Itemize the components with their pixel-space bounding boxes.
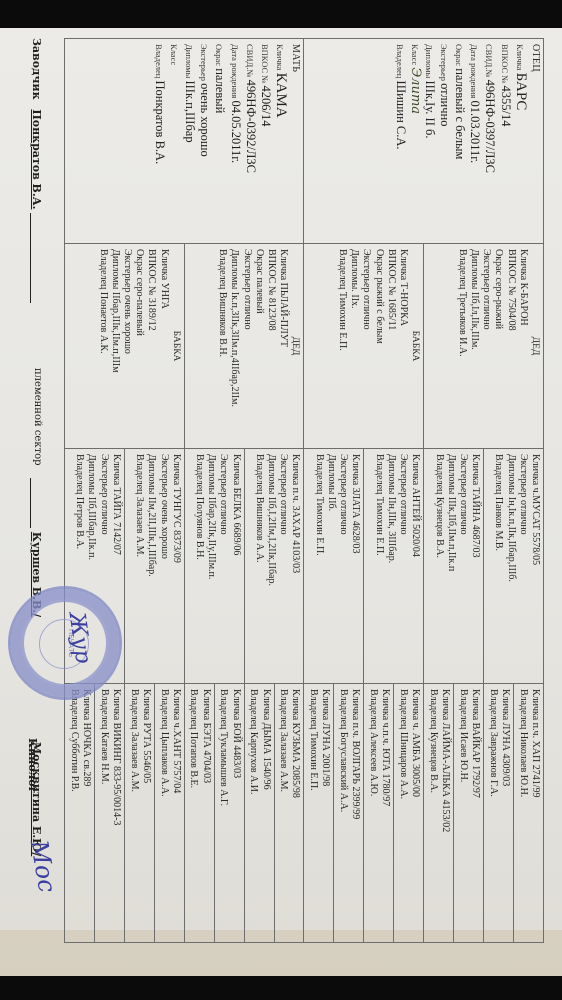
mother-color: Окрас палевый [212,44,227,238]
great-great-grandparent-line: Кличка БОЙ 4483/03 [229,689,241,937]
father-vpkos-value: 4355/14 [499,86,513,127]
father-color: Окрас палевый с белым [452,44,467,238]
grandparent-line: Кличка ПЬЛАЙ-ПЛУТ [277,249,289,443]
great-great-grandparent-line: Кличка НОЧКА св.289 [80,689,92,937]
great-grandparent-line: Кличка п.ч. ЗАХАР 4103/03 [289,454,301,678]
great-grandparent-line: Дипломы IIн,IIIк, 3IIIбар. [385,454,397,678]
great-great-grandparent-line: Владелец Потапов В.Е. [187,689,199,937]
father-vpkos: ВПКОС № 4355/14 [497,44,512,238]
great-great-grandparent-line: Кличка ч. АМБА 3005/00 [409,689,421,937]
mother-owner-value: Понкратов В.А. [153,80,167,164]
great-great-grandparent-line: Кличка БЭТА 4704/03 [199,689,211,937]
great-grandparent-line: Экстерьер очень хорошо [157,454,169,678]
great-grandparent-line: Владелец Кузнецов В.А. [432,454,444,678]
great-grandparent-line: Владелец Тимохин Е.П. [313,454,325,678]
grandparent-line: Владелец Тимохин Е.П. [336,249,348,443]
mother-exterior: Экстерьер очень хорошо [197,44,212,238]
great-great-grandparent-cell: Кличка БЭТА 4704/03Владелец Потапов В.Е. [184,684,214,943]
sector-label: племенной сектор [32,368,43,466]
great-great-grandparent-cell: Кличка п.ч. ХАП 2741/99Владелец Николаев… [514,684,544,943]
great-grandparent-line: Экстерьер отлично [517,454,529,678]
grandparent-line: Окрас серо-палевый [133,249,145,443]
great-great-grandparent-cell: Кличка КУЗЬМА 2085/98Владелец Залазаев А… [274,684,304,943]
breeder-name: Понкратов В.А. [30,109,43,209]
mother-class: Класс [167,44,182,238]
cynologist-label: Кинолог [26,738,39,793]
great-great-grandparent-line: Кличка ДЫМА 1540/96 [259,689,271,937]
great-grandparent-line: Владелец Панков М.В. [492,454,504,678]
great-great-grandparent-line: Владелец Катаев Н.М. [97,689,109,937]
great-great-grandparent-line: Владелец Залазаев А.М. [127,689,139,937]
great-great-grandparent-cell: Кличка РУТА 5546/05Владелец Залазаев А.М… [124,684,154,943]
breeder-line [30,213,43,303]
great-grandparent-cell: Кличка ч.МУСАТ 5578/05Экстерьер отличноД… [484,449,544,684]
great-great-grandparent-cell: Кличка ч. АМБА 3005/00Владелец Шницаров … [394,684,424,943]
cynologist-signature: Кинолог Москвитина Е.Ю/ [30,738,43,856]
great-grandparent-line: Дипломы IIб,I,2IIм,I,2IIк,IIбар. [265,454,277,678]
great-great-grandparent-line: Владелец Тукламышев А.Г. [217,689,229,937]
mother-owner-label: Владелец [154,44,164,80]
grandparent-header: БАБКА [409,249,421,443]
mother-exterior-value: очень хорошо [198,83,212,157]
great-grandparent-line: Дипломы Iн,Iк.п,IIк,IIбар,IIIб. [504,454,516,678]
father-svid-value: 496НФ-0397/ЛЗС [483,80,497,173]
great-great-grandparent-line: Кличка КУЗЬМА 2085/98 [289,689,301,937]
great-grandparent-line: Владелец Залазаев А.М. [133,454,145,678]
father-name-label: Кличка [515,44,525,73]
great-great-grandparent-line: Кличка ЛАЙМА-АЛЬКА 4153/02 [439,689,451,937]
great-great-grandparent-line: Владелец Субботин Р.В. [68,689,80,937]
grandparent-line: Владелец Вишняков В.Н. [216,249,228,443]
great-great-grandparent-cell: Кличка п.ч. ВОЛГАРЬ 2399/99Владелец Богу… [334,684,364,943]
grandparent-line: Экстерьер отлично [360,249,372,443]
great-grandparent-line: Кличка ТУНГУС 8373/09 [170,454,182,678]
mother-exterior-label: Экстерьер [199,44,209,83]
grandparent-line: Экстерьер отлично [240,249,252,443]
sector-line [30,478,43,528]
mother-vpkos-label: ВПКОС № [260,44,270,86]
great-great-grandparent-line: Владелец Цыплаков А.А. [157,689,169,937]
great-great-grandparent-line: Кличка ВИКИНГ 833-95/0014-3 [110,689,122,937]
grandparent-line: Дипломы IIб,Iл,IIк,IIIм. [468,249,480,443]
father-diplomas-label: Дипломы [424,44,434,80]
mother-svid-value: 496НФ-0392/ЛЗС [244,80,258,173]
father-vpkos-label: ВПКОС № [500,44,510,86]
great-great-grandparent-cell: Кличка ВИКИНГ 833-95/0014-3Владелец Ката… [94,684,124,943]
grandparent-line: Владелец Понаетов А.К. [96,249,108,443]
father-class: Класс Элита [408,44,421,238]
father-owner-value: Шишин С.А. [394,80,408,149]
father-name: Кличка БАРС [513,44,529,238]
great-grandparent-cell: Кличка ЗЛАТА 4628/03Экстерьер отличноДип… [304,449,364,684]
great-great-grandparent-line: Кличка РУТА 5546/05 [140,689,152,937]
mother-owner: Владелец Понкратов В.А. [151,44,166,238]
grandparent-line: Кличка К-БАРОН [517,249,529,443]
grandparent-line: Окрас палевый [253,249,265,443]
grandparent-line: Экстерьер очень хорошо [121,249,133,443]
grandparent-line: Дипломы. IIх. [348,249,360,443]
grandparent-line: Экстерьер отлично [480,249,492,443]
father-owner: Владелец Шишин С.А. [393,44,408,238]
mother-header: МАТЬ [289,44,301,238]
great-great-grandparent-line: Владелец Исаев Ю.Н. [457,689,469,937]
great-great-grandparent-line: Владелец Залазаев А.М. [277,689,289,937]
great-grandparent-cell: Кличка АНТЕЙ 5020/04Экстерьер отличноДип… [364,449,424,684]
father-dob: Дата рождения 01.03.2011г. [467,44,482,238]
great-great-grandparent-line: Владелец Завражнов Г.А. [487,689,499,937]
great-great-grandparent-line: Владелец Тимохин Е.П. [307,689,319,937]
father-exterior-label: Экстерьер [439,44,449,83]
father-color-label: Окрас [454,44,464,68]
pedigree-row: МАТЬКличка КАМАВПКОС № 4206/14СВИД.№ 496… [274,39,304,943]
mother-vpkos-value: 4206/14 [259,86,273,127]
mother-color-value: палевый [213,68,227,113]
great-great-grandparent-line: Владелец Карпухов А.И. [247,689,259,937]
great-great-grandparent-line: Кличка ЛУНА 2001/98 [319,689,331,937]
father-dob-value: 01.03.2011г. [468,100,482,163]
father-svid: СВИД.№ 496НФ-0397/ЛЗС [482,44,497,238]
grandparent-line: Окрас рыжий с белым [372,249,384,443]
father-class-value: Элита [408,67,423,114]
great-grandparent-line: Владелец Полуянов В.Н. [193,454,205,678]
great-great-grandparent-line: Кличка ч.ХАНТ 5757/04 [170,689,182,937]
great-grandparent-line: Кличка ТАЙНА 4687/03 [469,454,481,678]
great-great-grandparent-cell: Кличка ч.п.ч. ЮТА 1780/97Владелец Алексе… [364,684,394,943]
signature-footer: Заводчик Понкратов В.А. племенной сектор… [17,38,47,942]
mother-vpkos: ВПКОС № 4206/14 [258,44,273,238]
great-grandparent-line: Экстерьер отлично [397,454,409,678]
grandparent-cell: ДЕДКличка К-БАРОНВПКОС № 7504/08Окрас се… [424,244,544,449]
father-exterior: Экстерьер отлично [437,44,452,238]
father-dob-label: Дата рождения [469,44,479,100]
great-great-grandparent-cell: Кличка ДЫМА 1540/96Владелец Карпухов А.И… [244,684,274,943]
mother-name-value: КАМА [273,73,289,118]
great-great-grandparent-line: Владелец Богуславский А.А. [337,689,349,937]
rotated-document: ОТЕЦКличка БАРСВПКОС № 4355/14СВИД.№ 496… [0,0,562,1000]
great-grandparent-line: Кличка АНТЕЙ 5020/04 [409,454,421,678]
breeder-label: Заводчик [30,38,43,100]
great-great-grandparent-line: Владелец Николаев Ю.Н. [517,689,529,937]
great-grandparent-line: Дипломы IIбар,2IIк,IIу,IIIм.п. [205,454,217,678]
grandparent-line: Кличка УНГА [157,249,169,443]
great-grandparent-line: Экстерьер отлично [457,454,469,678]
father-name-value: БАРС [513,73,529,111]
great-grandparent-line: Дипломы IIIк,IIб,IIм.п,IIк.п [445,454,457,678]
mother-color-label: Окрас [214,44,224,68]
great-grandparent-line: Дипломы IIм,2II,IIIк,I,IIIбар. [145,454,157,678]
great-great-grandparent-cell: Кличка БОЙ 4483/03Владелец Тукламышев А.… [214,684,244,943]
father-diplomas: Дипломы IIIк,Iу. II б. [421,44,436,238]
great-great-grandparent-cell: Кличка ВАЙКАР 1792/97Владелец Исаев Ю.Н. [454,684,484,943]
great-great-grandparent-line: Кличка ВАЙКАР 1792/97 [469,689,481,937]
great-grandparent-cell: Кличка ТУНГУС 8373/09Экстерьер очень хор… [124,449,184,684]
great-great-grandparent-cell: Кличка ЛУНА 2001/98Владелец Тимохин Е.П. [304,684,334,943]
mother-cell: МАТЬКличка КАМАВПКОС № 4206/14СВИД.№ 496… [65,39,305,244]
great-grandparent-line: Дипломы IIб. [325,454,337,678]
great-grandparent-line: Экстерьер отлично [337,454,349,678]
grandparent-line: Дипломы IIбар,IIIк,IIм.п,IIIм [109,249,121,443]
great-grandparent-cell: Кличка ТАЙНА 4687/03Экстерьер отличноДип… [424,449,484,684]
mother-diplomas-label: Дипломы [184,44,194,80]
club-stamp: ПЕЧАТЬ [8,586,122,700]
great-great-grandparent-line: Кличка п.ч. ХАП 2741/99 [529,689,541,937]
father-owner-label: Владелец [395,44,405,80]
great-grandparent-line: Владелец Тимохин Е.П. [372,454,384,678]
father-diplomas-value: IIIк,Iу. II б. [423,80,437,138]
great-great-grandparent-line: Владелец Шницаров А.А. [397,689,409,937]
great-great-grandparent-line: Кличка п.ч. ВОЛГАРЬ 2399/99 [349,689,361,937]
mother-class-label: Класс [169,44,179,65]
mother-dob: Дата рождения 04.05.2011г. [227,44,242,238]
grandparent-cell: БАБКАКличка УНГАВПКОС № 3189/12Окрас сер… [65,244,185,449]
great-great-grandparent-cell: Кличка ч.ХАНТ 5757/04Владелец Цыплаков А… [154,684,184,943]
mother-name: Кличка КАМА [273,44,289,238]
great-grandparent-cell: Кличка п.ч. ЗАХАР 4103/03Экстерьер отлич… [244,449,304,684]
father-class-label: Класс [410,44,420,67]
great-grandparent-line: Экстерьер отлично [217,454,229,678]
grandparent-line: Кличка Т-НОРКА [397,249,409,443]
father-svid-label: СВИД.№ [484,44,494,80]
great-grandparent-line: Экстерьер отлично [277,454,289,678]
great-great-grandparent-line: Владелец Кузнецов В.А. [427,689,439,937]
mother-dob-value: 04.05.2011г. [229,100,243,163]
great-grandparent-cell: Кличка БЕЛКА 6689/06Экстерьер отличноДип… [184,449,244,684]
great-great-grandparent-cell: Кличка ЛУНА 4309/03Владелец Завражнов Г.… [484,684,514,943]
mother-svid-label: СВИД.№ [245,44,255,80]
grandparent-line: Владелец Третьяков И.А. [456,249,468,443]
mother-svid: СВИД.№ 496НФ-0392/ЛЗС [243,44,258,238]
grandparent-line: Дипломы Iк.п,3IIк,3IIм.п,4IIбар,2IIм. [228,249,240,443]
mother-diplomas-value: IIIк.п,IIIбар [183,80,197,142]
father-exterior-value: отлично [438,83,452,126]
great-grandparent-line: Кличка БЕЛКА 6689/06 [229,454,241,678]
mother-name-label: Кличка [275,44,285,73]
great-great-grandparent-line: Кличка ЛУНА 4309/03 [499,689,511,937]
father-header: ОТЕЦ [529,44,541,238]
breeder-signature: Заводчик Понкратов В.А. [30,38,43,303]
great-great-grandparent-cell: Кличка ЛАЙМА-АЛЬКА 4153/02Владелец Кузне… [424,684,454,943]
grandparent-header: ДЕД [529,249,541,443]
grandparent-line: ВПКОС № 8123/08 [265,249,277,443]
great-grandparent-line: Кличка ЗЛАТА 4628/03 [349,454,361,678]
pedigree-table: ОТЕЦКличка БАРСВПКОС № 4355/14СВИД.№ 496… [64,38,544,943]
great-grandparent-line: Кличка ч.МУСАТ 5578/05 [529,454,541,678]
pedigree-row: ОТЕЦКличка БАРСВПКОС № 4355/14СВИД.№ 496… [514,39,544,943]
great-great-grandparent-cell: Кличка НОЧКА св.289Владелец Субботин Р.В… [65,684,95,943]
mother-dob-label: Дата рождения [230,44,240,100]
grandparent-cell: БАБКАКличка Т-НОРКАВПКОС № 1685/11Окрас … [304,244,424,449]
mother-diplomas: Дипломы IIIк.п,IIIбар [182,44,197,238]
grandparent-cell: ДЕДКличка ПЬЛАЙ-ПЛУТВПКОС № 8123/08Окрас… [184,244,304,449]
grandparent-line: ВПКОС № 3189/12 [145,249,157,443]
grandparent-line: ВПКОС № 1685/11 [385,249,397,443]
great-grandparent-line: Владелец Вишняков А.А. [253,454,265,678]
father-color-value: палевый с белым [453,68,467,159]
grandparent-header: ДЕД [289,249,301,443]
great-great-grandparent-line: Владелец Алексеев А.Ю. [367,689,379,937]
grandparent-line: Окрас серо-рыжий [492,249,504,443]
grandparent-header: БАБКА [170,249,182,443]
father-cell: ОТЕЦКличка БАРСВПКОС № 4355/14СВИД.№ 496… [304,39,544,244]
great-great-grandparent-line: Кличка ч.п.ч. ЮТА 1780/97 [379,689,391,937]
grandparent-line: ВПКОС № 7504/08 [504,249,516,443]
